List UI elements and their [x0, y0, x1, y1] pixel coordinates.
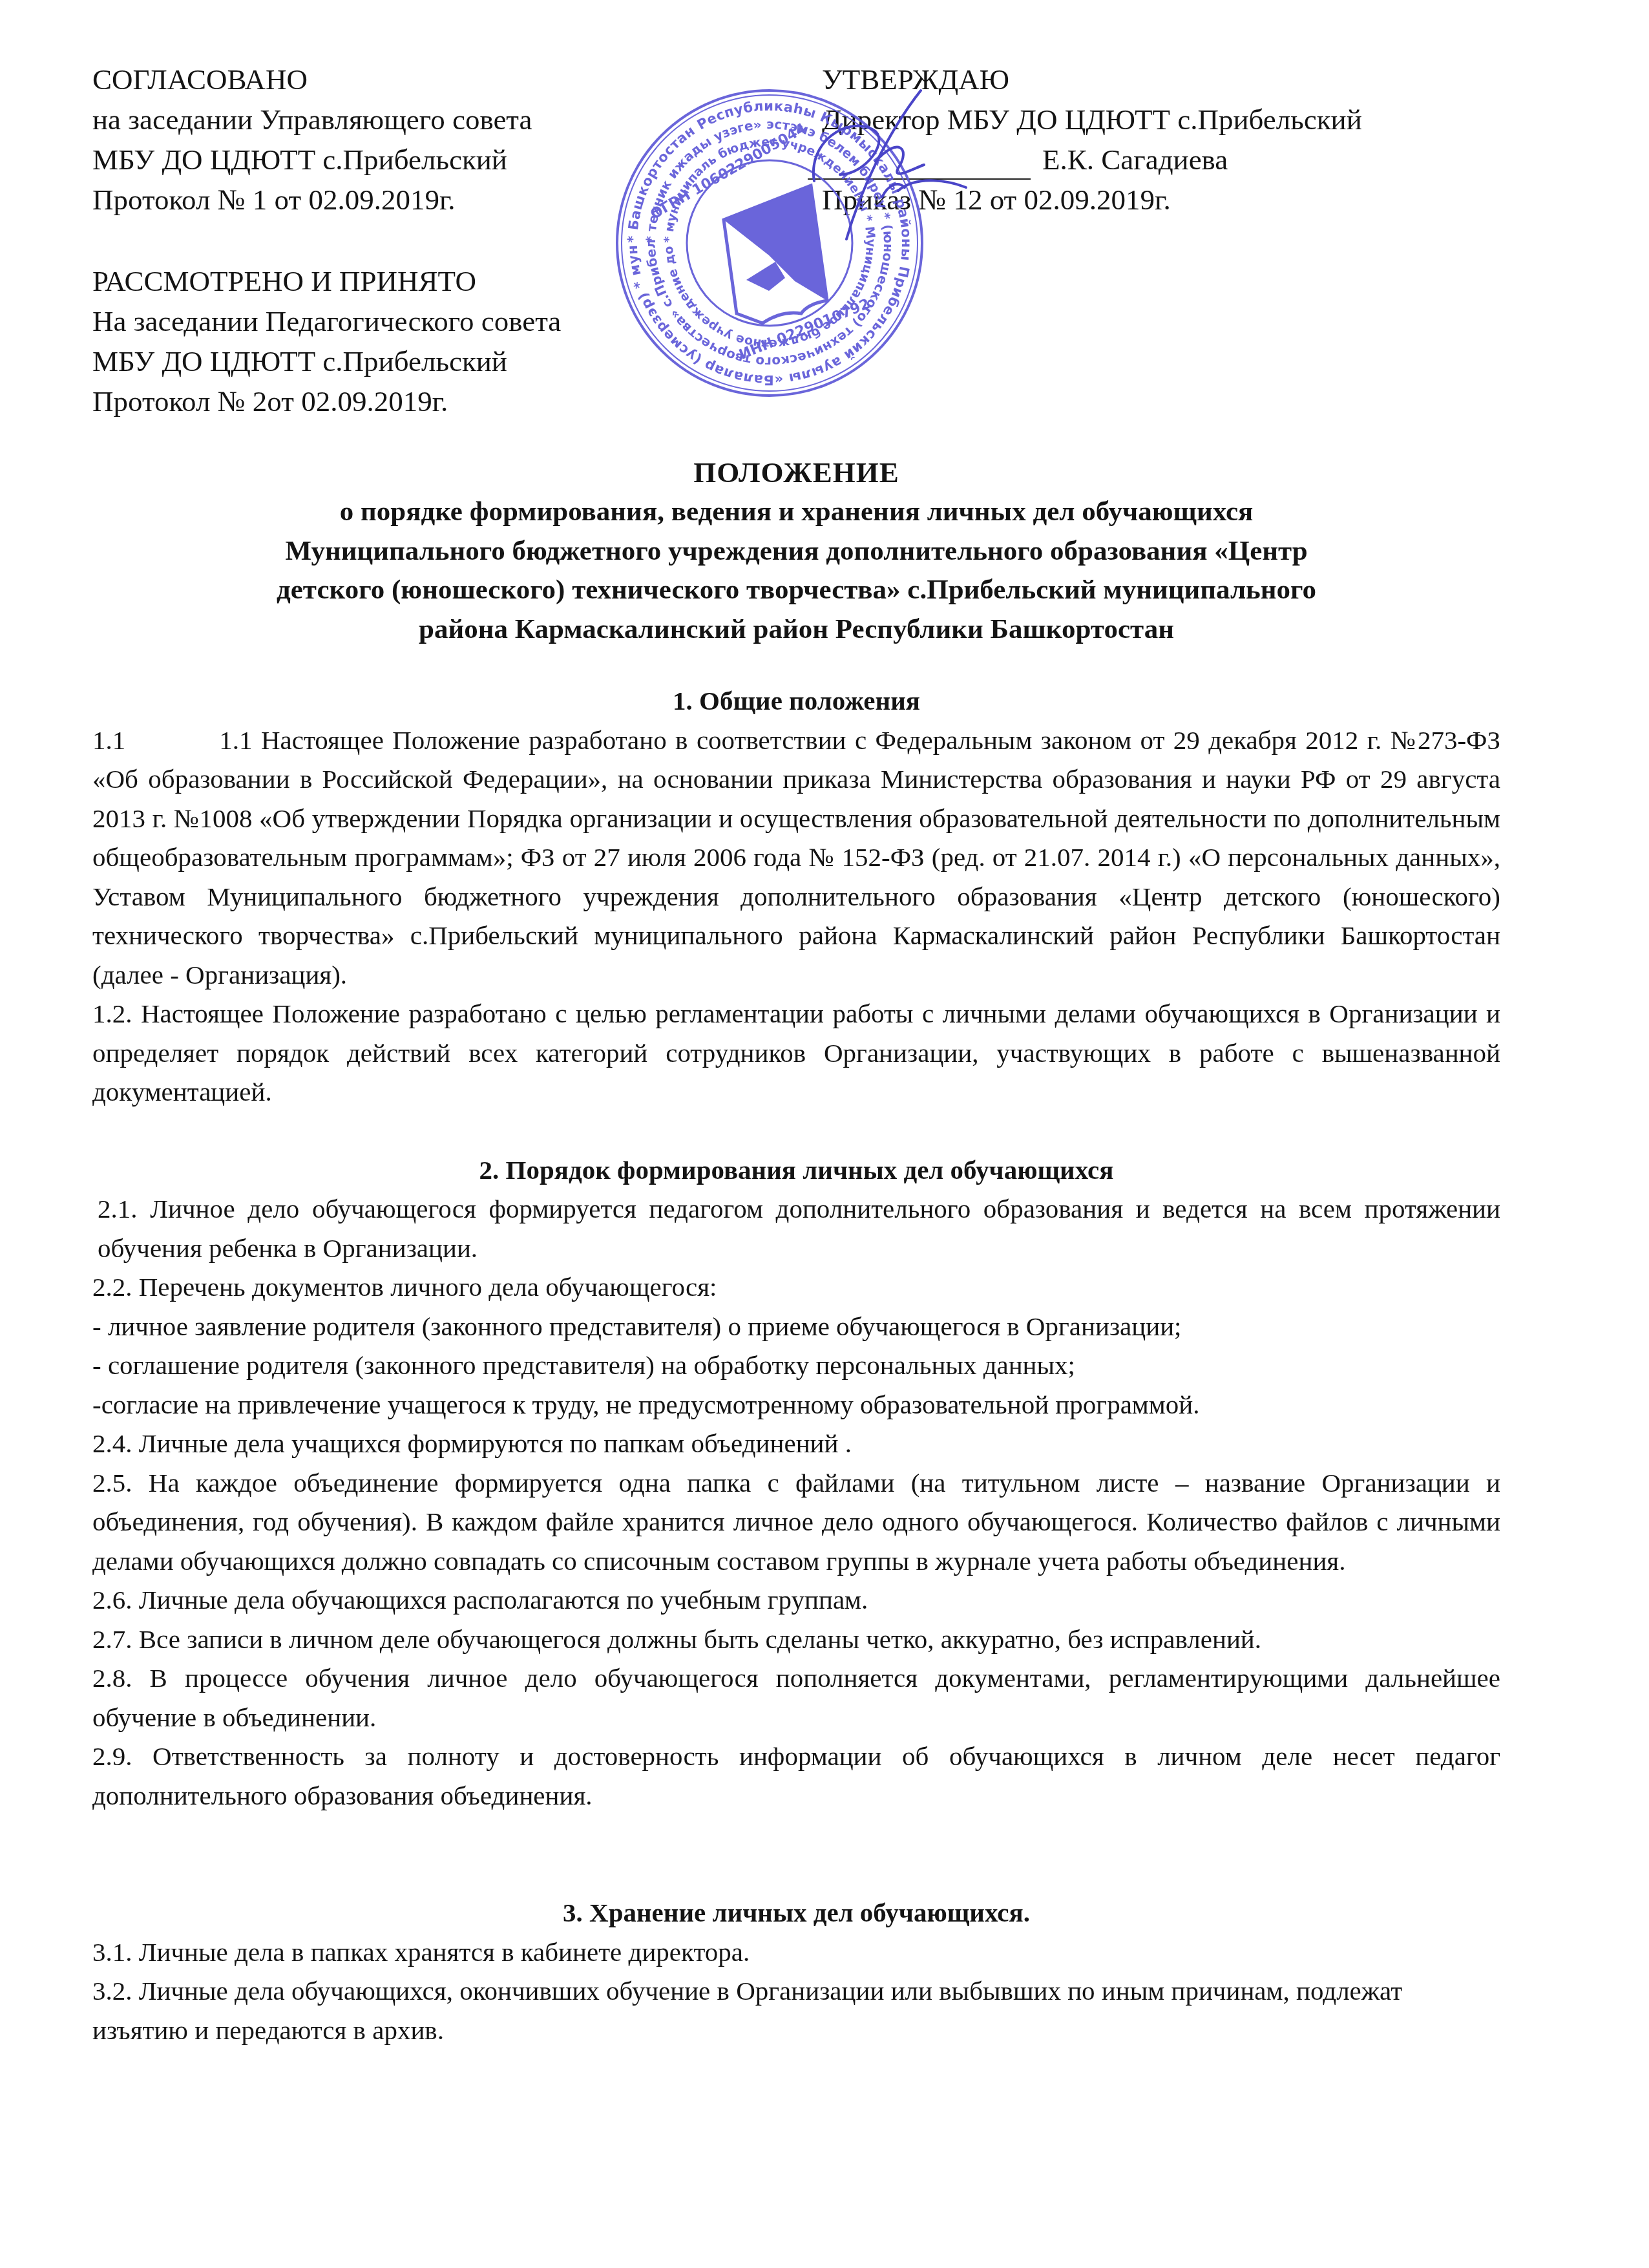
document-body: 1. Общие положения 1.11.1 Настоящее Поло…: [92, 681, 1500, 2050]
paragraph-2-8: 2.8. В процессе обучения личное дело обу…: [92, 1659, 1500, 1737]
agreed-line-1: на заседании Управляющего совета: [92, 100, 532, 140]
section-1-heading: 1. Общие положения: [92, 681, 1500, 721]
subtitle-line-4: района Кармаскалинский район Республики …: [92, 610, 1500, 650]
paragraph-2-4: 2.4. Личные дела учащихся формируются по…: [92, 1424, 1500, 1463]
section-2-heading: 2. Порядок формирования личных дел обуча…: [92, 1150, 1500, 1190]
signer-name: Е.К. Сагадиева: [1042, 143, 1228, 176]
reviewed-line-3: Протокол № 2от 02.09.2019г.: [92, 381, 561, 421]
section-3-heading: 3. Хранение личных дел обучающихся.: [92, 1893, 1500, 1933]
paragraph-2-7: 2.7. Все записи в личном деле обучающего…: [92, 1620, 1500, 1659]
agreed-line-3: Протокол № 1 от 02.09.2019г.: [92, 180, 532, 220]
paragraph-3-1: 3.1. Личные дела в папках хранятся в каб…: [92, 1933, 1500, 1972]
reviewed-block: РАССМОТРЕНО И ПРИНЯТО На заседании Педаг…: [92, 261, 561, 421]
paragraph-1-1: 1.11.1 Настоящее Положение разработано в…: [92, 721, 1500, 995]
document-page: СОГЛАСОВАНО на заседании Управляющего со…: [0, 0, 1649, 2268]
document-title: ПОЛОЖЕНИЕ: [92, 452, 1500, 493]
subtitle-line-1: о порядке формирования, ведения и хранен…: [92, 493, 1500, 532]
paragraph-2-9: 2.9. Ответственность за полноту и достов…: [92, 1737, 1500, 1815]
list-item-data-consent: - соглашение родителя (законного предста…: [92, 1346, 1500, 1385]
reviewed-label: РАССМОТРЕНО И ПРИНЯТО: [92, 261, 561, 301]
agreed-label: СОГЛАСОВАНО: [92, 59, 532, 100]
agreed-block: СОГЛАСОВАНО на заседании Управляющего со…: [92, 59, 532, 220]
list-item-labor-consent: -согласие на привлечение учащегося к тру…: [92, 1385, 1500, 1425]
subtitle-line-2: Муниципального бюджетного учреждения доп…: [92, 532, 1500, 571]
paragraph-1-2: 1.2. Настоящее Положение разработано с ц…: [92, 994, 1500, 1112]
agreed-line-2: МБУ ДО ЦДЮТТ с.Прибельский: [92, 140, 532, 180]
paragraph-2-6: 2.6. Личные дела обучающихся располагают…: [92, 1580, 1500, 1620]
handwritten-signature-icon: [801, 78, 995, 246]
reviewed-line-2: МБУ ДО ЦДЮТТ с.Прибельский: [92, 341, 561, 381]
paragraph-2-2: 2.2. Перечень документов личного дела об…: [92, 1267, 1500, 1307]
paragraph-2-1: 2.1. Личное дело обучающегося формируетс…: [92, 1189, 1500, 1267]
document-title-block: ПОЛОЖЕНИЕ о порядке формирования, ведени…: [92, 452, 1500, 649]
paragraph-3-2: 3.2. Личные дела обучающихся, окончивших…: [92, 1971, 1500, 2050]
subtitle-line-3: детского (юношеского) технического творч…: [92, 571, 1500, 610]
list-item-application: - личное заявление родителя (законного п…: [92, 1307, 1500, 1346]
paragraph-number: 1.1: [92, 725, 125, 755]
reviewed-line-1: На заседании Педагогического совета: [92, 301, 561, 341]
paragraph-2-5: 2.5. На каждое объединение формируется о…: [92, 1463, 1500, 1581]
